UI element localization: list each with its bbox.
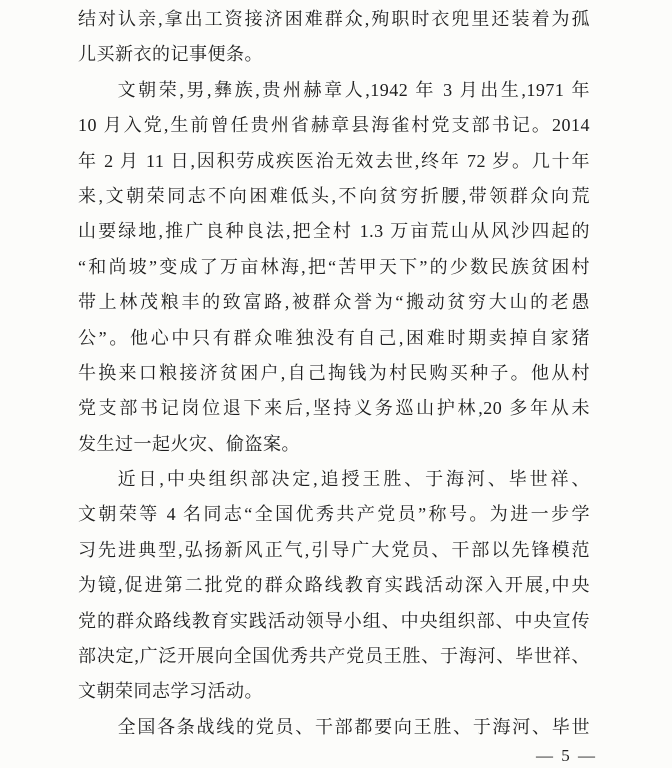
- text-line: 党支部书记岗位退下来后,坚持义务巡山护林,20 多年从未: [78, 391, 590, 426]
- text-line: 部决定,广泛开展向全国优秀共产党员王胜、于海河、毕世祥、: [78, 639, 590, 674]
- text-line: 为镜,促进第二批党的群众路线教育实践活动深入开展,中央: [78, 568, 590, 603]
- text-line: 公”。他心中只有群众唯独没有自己,困难时期卖掉自家猪: [78, 321, 590, 356]
- text-line: 10 月入党,生前曾任贵州省赫章县海雀村党支部书记。2014: [78, 108, 590, 143]
- text-line: 文朝荣同志学习活动。: [78, 674, 590, 709]
- text-line: 文朝荣,男,彝族,贵州赫章人,1942 年 3 月出生,1971 年: [78, 73, 590, 108]
- text-line: 年 2 月 11 日,因积劳成疾医治无效去世,终年 72 岁。几十年: [78, 144, 590, 179]
- text-line: 近日,中央组织部决定,追授王胜、于海河、毕世祥、: [78, 462, 590, 497]
- text-line: 党的群众路线教育实践活动领导小组、中央组织部、中央宣传: [78, 604, 590, 639]
- text-line: “和尚坡”变成了万亩林海,把“苦甲天下”的少数民族贫困村: [78, 250, 590, 285]
- text-line: 发生过一起火灾、偷盗案。: [78, 427, 590, 462]
- text-line: 牛换来口粮接济贫困户,自己掏钱为村民购买种子。他从村: [78, 356, 590, 391]
- text-line: 文朝荣等 4 名同志“全国优秀共产党员”称号。为进一步学: [78, 497, 590, 532]
- text-line: 习先进典型,弘扬新风正气,引导广大党员、干部以先锋模范: [78, 533, 590, 568]
- text-line: 结对认亲,拿出工资接济困难群众,殉职时衣兜里还装着为孤: [78, 2, 590, 37]
- document-page: 结对认亲,拿出工资接济困难群众,殉职时衣兜里还装着为孤儿买新衣的记事便条。文朝荣…: [0, 0, 672, 768]
- text-line: 山要绿地,推广良种良法,把全村 1.3 万亩荒山从风沙四起的: [78, 214, 590, 249]
- text-line: 带上林茂粮丰的致富路,被群众誉为“搬动贫穷大山的老愚: [78, 285, 590, 320]
- text-line: 儿买新衣的记事便条。: [78, 37, 590, 72]
- document-text: 结对认亲,拿出工资接济困难群众,殉职时衣兜里还装着为孤儿买新衣的记事便条。文朝荣…: [78, 2, 590, 745]
- page-number: — 5 —: [536, 746, 597, 766]
- text-line: 全国各条战线的党员、干部都要向王胜、于海河、毕世祥、: [78, 710, 590, 745]
- text-line: 来,文朝荣同志不向困难低头,不向贫穷折腰,带领群众向荒: [78, 179, 590, 214]
